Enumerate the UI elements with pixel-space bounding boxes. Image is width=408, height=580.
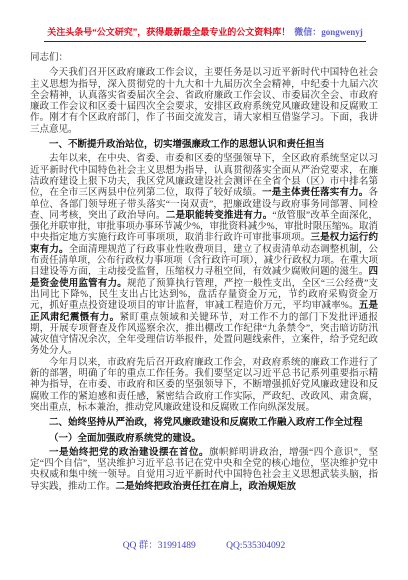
text-run: 一是主体责任落实有力。 [262, 188, 368, 198]
text-run: 一是始终把党的政治建设摆在首位。 [49, 448, 209, 458]
text-run: 全面清理规范了行政事业性收费项目，建立了权责清单动态调整机制，公布责任清单项，公… [30, 245, 378, 278]
qq-number: QQ:535304092 [226, 541, 285, 551]
section-heading-1: 一、不断提升政治站位，切实增强廉政工作的思想认识和责任担当 [30, 140, 378, 151]
paragraph-review: 去年以来，在中央、省委、市委和区委的坚强领导下，全区政府系统坚定以习近平新时代中… [30, 154, 378, 357]
section-heading-2: 二、始终坚持从严治政，将党风廉政建设和反腐败工作融入政府工作全过程 [30, 418, 378, 429]
document-page: 关注头条号“公文研究”，获得最新最全最专业的公文资料库！微信：gongwenyj… [0, 0, 408, 580]
promo-banner: 关注头条号“公文研究”，获得最新最全最专业的公文资料库！微信：gongwenyj [44, 25, 366, 42]
qq-group-number: QQ 群：31991489 [123, 541, 196, 551]
paragraph-intro: 今天我们召开区政府廉政工作会议，主要任务是以习近平新时代中国特色社会主义思想为指… [30, 68, 378, 136]
paragraph-deployment: 今年月以来，市政府先后召开政府廉政工作会，对政府系统的廉政工作进行了新的部署，明… [30, 358, 378, 414]
text-run: 二是职能转变推进有力。 [166, 211, 273, 221]
promo-banner-text: 关注头条号“公文研究”，获得最新最全最专业的公文资料库！ [47, 27, 290, 37]
salutation: 同志们： [30, 53, 378, 64]
subsection-heading-1: （一）全面加强政府系统党的建设。 [30, 434, 378, 445]
paragraph-party-building: 一是始终把党的政治建设摆在首位。旗帜鲜明讲政治，增强“四个意识”，坚定“四个自信… [30, 448, 378, 493]
text-run: 二是始终把政治责任扛在肩上，政治规矩放 [116, 482, 297, 492]
document-body: 同志们： 今天我们召开区政府廉政工作会议，主要任务是以习近平新时代中国特色社会主… [30, 53, 378, 493]
qq-contact-footer: QQ 群：31991489 QQ:535304092 [0, 537, 408, 551]
wechat-contact: 微信：gongwenyj [294, 27, 363, 37]
